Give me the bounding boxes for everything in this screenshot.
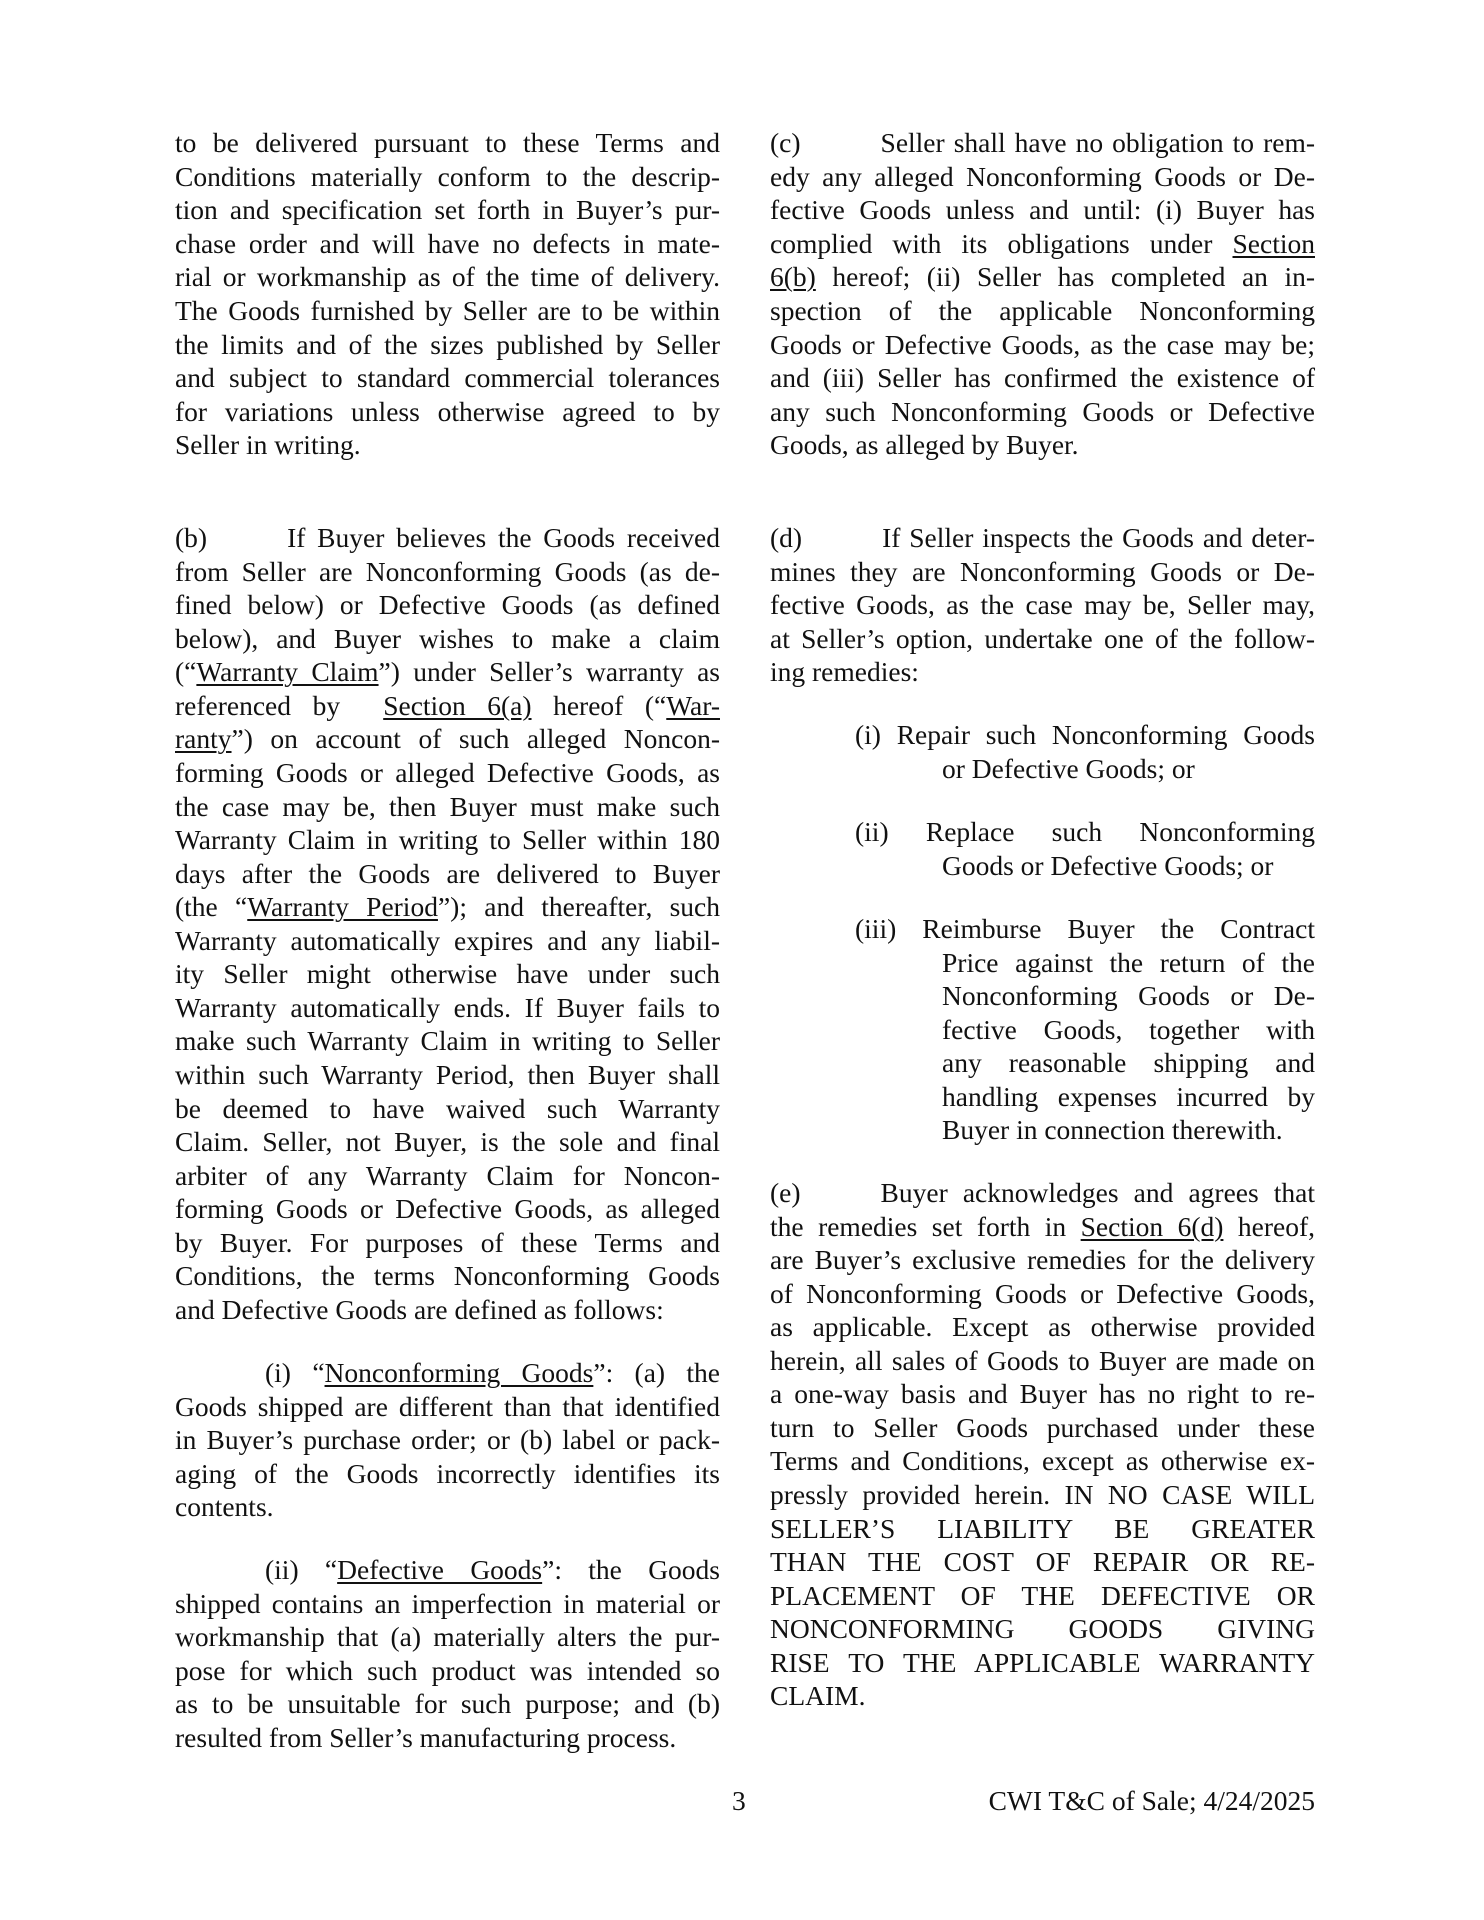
text-line: pose for which such product was intended… — [175, 1654, 720, 1688]
page-number: 3 — [732, 1784, 746, 1818]
text-line: for variations unless otherwise agreed t… — [175, 395, 720, 429]
text-line: any reasonable shipping and — [942, 1046, 1315, 1080]
text-line: ranty”) on account of such alleged Nonco… — [175, 722, 720, 756]
text-line: Conditions, the terms Nonconforming Good… — [175, 1259, 720, 1293]
text-line: 6(b) hereof; (ii) Seller has completed a… — [770, 260, 1315, 294]
text-line: (c)Seller shall have no obligation to re… — [770, 126, 1315, 160]
text-line: and (iii) Seller has confirmed the exist… — [770, 361, 1315, 395]
paragraph-label: (b) — [175, 522, 207, 553]
text-line: tion and specification set forth in Buye… — [175, 193, 720, 227]
text-line: Buyer in connection therewith. — [942, 1113, 1315, 1147]
text-line: (the “Warranty Period”); and thereafter,… — [175, 890, 720, 924]
text-line: fective Goods, together with — [942, 1013, 1315, 1047]
section-reference-6d: Section 6(d) — [1081, 1211, 1224, 1242]
text-segment: Buyer acknowledges and agrees that — [881, 1177, 1315, 1208]
text-line: rial or workmanship as of the time of de… — [175, 260, 720, 294]
text-line: (e)Buyer acknowledges and agrees that — [770, 1176, 1315, 1210]
text-line: herein, all sales of Goods to Buyer are … — [770, 1344, 1315, 1378]
text-line: Claim. Seller, not Buyer, is the sole an… — [175, 1125, 720, 1159]
defined-term-nonconforming-goods: Nonconforming Goods — [325, 1357, 594, 1388]
defined-term-warranty-claim: Warranty Claim — [196, 656, 378, 687]
text-line: to be delivered pursuant to these Terms … — [175, 126, 720, 160]
text-segment: Repair such Nonconforming Goods — [897, 719, 1315, 750]
text-segment: Seller shall have no obligation to rem- — [881, 127, 1315, 158]
text-line: ity Seller might otherwise have under su… — [175, 957, 720, 991]
text-segment: ”); and thereafter, such — [438, 891, 720, 922]
text-line: (b)If Buyer believes the Goods received — [175, 521, 720, 555]
remedy-label: (iii) — [855, 913, 896, 944]
text-line: ing remedies: — [770, 655, 1315, 689]
text-line: The Goods furnished by Seller are to be … — [175, 294, 720, 328]
text-segment: If Seller inspects the Goods and deter- — [882, 522, 1315, 553]
text-line: workmanship that (a) materially alters t… — [175, 1620, 720, 1654]
text-line: Seller in writing. — [175, 428, 720, 462]
text-line: be deemed to have waived such Warranty — [175, 1092, 720, 1126]
text-segment: hereof — [553, 690, 623, 721]
text-line: fective Goods unless and until: (i) Buye… — [770, 193, 1315, 227]
text-line: (i) “Nonconforming Goods”: (a) the — [265, 1356, 720, 1390]
defined-term-defective-goods: Defective Goods — [337, 1554, 542, 1585]
defined-term-warranty: War- — [666, 690, 720, 721]
text-line: RISE TO THE APPLICABLE WARRANTY — [770, 1646, 1315, 1680]
text-line: Warranty automatically expires and any l… — [175, 924, 720, 958]
text-line: chase order and will have no defects in … — [175, 227, 720, 261]
paragraph-label: (e) — [770, 1177, 801, 1208]
definition-label: (i) — [265, 1357, 291, 1388]
text-segment: hereof, — [1223, 1211, 1315, 1242]
text-line: mines they are Nonconforming Goods or De… — [770, 555, 1315, 589]
text-line: handling expenses incurred by — [942, 1080, 1315, 1114]
text-line: the remedies set forth in Section 6(d) h… — [770, 1210, 1315, 1244]
text-line: (d)If Seller inspects the Goods and dete… — [770, 521, 1315, 555]
text-line: Nonconforming Goods or De- — [942, 979, 1315, 1013]
text-line: and subject to standard commercial toler… — [175, 361, 720, 395]
text-line: and Defective Goods are defined as follo… — [175, 1293, 720, 1327]
section-reference-6a: Section 6(a) — [383, 690, 531, 721]
text-segment: (“ — [175, 656, 196, 687]
text-line: fined below) or Defective Goods (as defi… — [175, 588, 720, 622]
text-line: (ii) “Defective Goods”: the Goods — [265, 1553, 720, 1587]
text-line: make such Warranty Claim in writing to S… — [175, 1024, 720, 1058]
text-line: CLAIM. — [770, 1679, 1315, 1713]
text-line: forming Goods or Defective Goods, as all… — [175, 1192, 720, 1226]
text-line: turn to Seller Goods purchased under the… — [770, 1411, 1315, 1445]
text-line: below), and Buyer wishes to make a claim — [175, 622, 720, 656]
text-line: at Seller’s option, undertake one of the… — [770, 622, 1315, 656]
text-line: the limits and of the sizes published by… — [175, 328, 720, 362]
text-line: by Buyer. For purposes of these Terms an… — [175, 1226, 720, 1260]
text-line: fective Goods, as the case may be, Selle… — [770, 588, 1315, 622]
text-segment: (the “ — [175, 891, 247, 922]
remedy-label: (ii) — [855, 816, 889, 847]
text-line: resulted from Seller’s manufacturing pro… — [175, 1721, 720, 1755]
text-line: forming Goods or alleged Defective Goods… — [175, 756, 720, 790]
text-line: spection of the applicable Nonconforming — [770, 294, 1315, 328]
text-line: (i) Repair such Nonconforming Goods — [855, 718, 1315, 752]
defined-term-warranty-period: Warranty Period — [247, 891, 438, 922]
text-line: referenced by Section 6(a) hereof (“War- — [175, 689, 720, 723]
text-line: Warranty automatically ends. If Buyer fa… — [175, 991, 720, 1025]
text-line: pressly provided herein. IN NO CASE WILL — [770, 1478, 1315, 1512]
text-line: PLACEMENT OF THE DEFECTIVE OR — [770, 1579, 1315, 1613]
text-line: from Seller are Nonconforming Goods (as … — [175, 555, 720, 589]
text-line: Price against the return of the — [942, 946, 1315, 980]
text-line: are Buyer’s exclusive remedies for the d… — [770, 1243, 1315, 1277]
text-line: a one-way basis and Buyer has no right t… — [770, 1377, 1315, 1411]
text-line: any such Nonconforming Goods or Defectiv… — [770, 395, 1315, 429]
text-line: as to be unsuitable for such purpose; an… — [175, 1687, 720, 1721]
remedy-label: (i) — [855, 719, 881, 750]
text-line: complied with its obligations under Sect… — [770, 227, 1315, 261]
text-line: Goods or Defective Goods; or — [942, 849, 1315, 883]
text-line: Terms and Conditions, except as otherwis… — [770, 1444, 1315, 1478]
text-line: the case may be, then Buyer must make su… — [175, 790, 720, 824]
section-reference-6b: Section — [1233, 228, 1316, 259]
text-line: (iii) Reimburse Buyer the Contract — [855, 912, 1315, 946]
text-line: in Buyer’s purchase order; or (b) label … — [175, 1423, 720, 1457]
text-line: aging of the Goods incorrectly identifie… — [175, 1457, 720, 1491]
text-line: Goods shipped are different than that id… — [175, 1390, 720, 1424]
paragraph-label: (d) — [770, 522, 802, 553]
text-line: Goods, as alleged by Buyer. — [770, 428, 1315, 462]
text-line: arbiter of any Warranty Claim for Noncon… — [175, 1159, 720, 1193]
text-line: edy any alleged Nonconforming Goods or D… — [770, 160, 1315, 194]
text-segment: ”) under Seller’s warranty as — [379, 656, 720, 687]
document-label-footer: CWI T&C of Sale; 4/24/2025 — [989, 1784, 1315, 1818]
paragraph-label: (c) — [770, 127, 801, 158]
text-line: as applicable. Except as otherwise provi… — [770, 1310, 1315, 1344]
text-segment: Replace — [926, 816, 1015, 847]
defined-term-warranty: ranty — [175, 723, 232, 754]
text-line: SELLER’S LIABILITY BE GREATER — [770, 1512, 1315, 1546]
text-line: (“Warranty Claim”) under Seller’s warran… — [175, 655, 720, 689]
text-line: Goods or Defective Goods, as the case ma… — [770, 328, 1315, 362]
definition-label: (ii) — [265, 1554, 299, 1585]
section-reference-6b: 6(b) — [770, 261, 816, 292]
text-line: shipped contains an imperfection in mate… — [175, 1587, 720, 1621]
text-segment: the remedies set forth in — [770, 1211, 1081, 1242]
text-line: days after the Goods are delivered to Bu… — [175, 857, 720, 891]
text-line: within such Warranty Period, then Buyer … — [175, 1058, 720, 1092]
text-line: or Defective Goods; or — [942, 752, 1315, 786]
text-line: Warranty Claim in writing to Seller with… — [175, 823, 720, 857]
text-line: contents. — [175, 1490, 720, 1524]
text-line: THAN THE COST OF REPAIR OR RE- — [770, 1545, 1315, 1579]
text-segment: hereof; (ii) Seller has completed an in- — [816, 261, 1315, 292]
text-segment: If Buyer believes the Goods received — [287, 522, 720, 553]
text-segment: ”) on account of such alleged Noncon- — [232, 723, 720, 754]
document-page: to be delivered pursuant to these Terms … — [0, 0, 1484, 1920]
text-line: of Nonconforming Goods or Defective Good… — [770, 1277, 1315, 1311]
text-segment: referenced by — [175, 690, 362, 721]
text-line: Conditions materially conform to the des… — [175, 160, 720, 194]
text-segment: complied with its obligations under — [770, 228, 1233, 259]
text-line: (ii) Replace such Nonconforming — [855, 815, 1315, 849]
text-line: NONCONFORMING GOODS GIVING — [770, 1612, 1315, 1646]
